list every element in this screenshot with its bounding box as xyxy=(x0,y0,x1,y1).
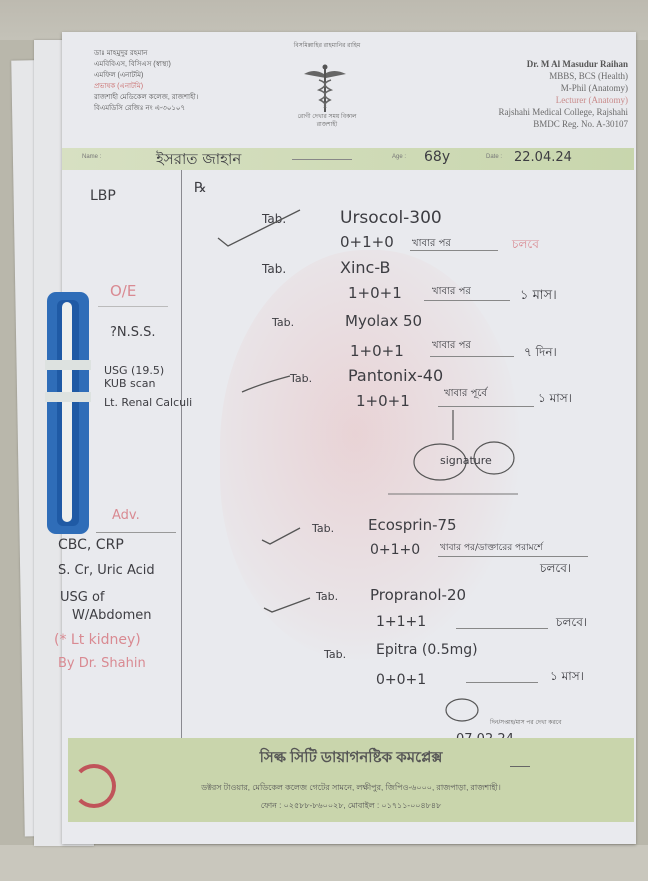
finding: KUB scan xyxy=(104,377,156,390)
med-form: Tab. xyxy=(272,316,294,329)
patient-name: ইসরাত জাহান xyxy=(156,148,241,173)
med-dose: 1+0+1 xyxy=(348,284,402,302)
med-dose: 0+0+1 xyxy=(376,672,426,688)
doctor-signature: signature xyxy=(440,454,492,467)
med-duration: ১ মাস। xyxy=(550,668,584,688)
header-center-info: রোগী দেখার সময় বিকাল রাজশাহী xyxy=(252,113,402,129)
underline xyxy=(456,628,548,629)
doctor-credential: Lecturer (Anatomy) xyxy=(392,94,628,106)
followup-label: দিন/সপ্তাহ/মাস পর দেখা করবে xyxy=(490,717,562,728)
finding: USG (19.5) xyxy=(104,364,164,377)
med-instruction: খাবার পর/ডাক্তারের পরামর্শে xyxy=(440,540,543,555)
advice-item: CBC, CRP xyxy=(58,537,124,553)
med-duration: ৭ দিন। xyxy=(524,344,557,364)
background-bottom xyxy=(0,845,648,881)
clinic-footer: সিল্ক সিটি ডায়াগনষ্টিক কমপ্লেক্স ডক্টরস… xyxy=(68,738,634,822)
clip-band xyxy=(45,360,91,370)
header-left-line: এমবিবিএস, বিসিএস (স্বাস্থ্য) xyxy=(94,59,244,70)
underline xyxy=(438,556,588,557)
underline xyxy=(424,300,510,301)
advice-heading: Adv. xyxy=(112,508,140,523)
doctor-reg-no: BMDC Reg. No. A-30107 xyxy=(392,118,628,130)
advice-item: (* Lt kidney) xyxy=(54,632,141,648)
column-divider xyxy=(181,170,182,760)
doctor-credential: Rajshahi Medical College, Rajshahi xyxy=(392,106,628,118)
header-left-line: প্রভাষক (এনাটমি) xyxy=(94,81,244,92)
clinic-logo-icon xyxy=(72,764,116,808)
underline xyxy=(430,356,514,357)
patient-age: 68y xyxy=(424,149,450,165)
clinic-phone: ফোন : ০২৫৮৮-৮৬০০২৮, মোবাইল : ০১৭১১-০০৪৮৪… xyxy=(68,800,634,813)
med-instruction: খাবার পূর্বে xyxy=(444,386,487,403)
med-form: Tab. xyxy=(312,522,334,535)
doctor-name: Dr. M Al Masudur Raihan xyxy=(392,58,628,70)
clip-rod xyxy=(62,302,72,522)
caduceus-icon xyxy=(302,62,348,114)
med-dose: 1+0+1 xyxy=(356,392,410,410)
med-duration: চলবে। xyxy=(556,614,587,634)
med-dose: 1+1+1 xyxy=(376,614,426,630)
med-dose: 0+1+0 xyxy=(340,233,394,251)
med-form: Tab. xyxy=(262,262,286,276)
rx-symbol: ℞ xyxy=(194,180,207,196)
chief-complaint: LBP xyxy=(90,188,116,204)
med-form: Tab. xyxy=(324,648,346,661)
dash xyxy=(510,766,530,767)
med-name: Propranol-20 xyxy=(370,586,466,604)
header-left-line: বিএমডিসি রেজিঃ নং এ-৩০১০৭ xyxy=(94,103,244,114)
clinic-name: সিল্ক সিটি ডায়াগনষ্টিক কমপ্লেক্স xyxy=(68,746,634,771)
doctor-credential: M-Phil (Anatomy) xyxy=(392,82,628,94)
clip-band xyxy=(45,392,91,402)
med-dose: 1+0+1 xyxy=(350,342,404,360)
med-name: Ecosprin-75 xyxy=(368,516,457,534)
doctor-info: Dr. M Al Masudur Raihan MBBS, BCS (Healt… xyxy=(392,58,628,130)
advice-item: W/Abdomen xyxy=(72,608,152,623)
med-duration: চলবে। xyxy=(540,560,571,580)
age-label: Age : xyxy=(392,154,406,160)
med-name: Xinc-B xyxy=(340,258,391,277)
header-center-line: রাজশাহী xyxy=(252,121,402,129)
med-name: Ursocol-300 xyxy=(340,208,442,228)
med-duration: ১ মাস। xyxy=(520,286,557,307)
prescription-date: 22.04.24 xyxy=(514,150,572,165)
med-instruction: খাবার পর xyxy=(432,284,471,301)
patient-info-band: Name : ইসরাত জাহান Age : 68y Date : 22.0… xyxy=(62,148,634,170)
underline xyxy=(438,406,534,407)
finding: ?N.S.S. xyxy=(110,325,156,340)
med-form: Tab. xyxy=(316,590,338,603)
med-name: Myolax 50 xyxy=(345,312,422,330)
oe-heading: O/E xyxy=(110,282,136,300)
med-dose: 0+1+0 xyxy=(370,542,420,558)
header-left-bangla: ডাঃ মাহমুদুর রহমান এমবিবিএস, বিসিএস (স্ব… xyxy=(94,48,244,114)
med-instruction: খাবার পর xyxy=(432,338,471,355)
header-left-line: এমফিল (এনাটমি) xyxy=(94,70,244,81)
underline xyxy=(466,682,538,683)
doctor-credential: MBBS, BCS (Health) xyxy=(392,70,628,82)
advice-item: S. Cr, Uric Acid xyxy=(58,563,155,578)
binder-clip xyxy=(47,292,89,534)
name-label: Name : xyxy=(82,154,101,160)
advice-item: By Dr. Shahin xyxy=(58,656,146,671)
header-left-line: ডাঃ মাহমুদুর রহমান xyxy=(94,48,244,59)
advice-item: USG of xyxy=(60,590,105,605)
finding: Lt. Renal Calculi xyxy=(104,396,192,409)
header-center-line: রোগী দেখার সময় বিকাল xyxy=(252,113,402,121)
header-left-line: রাজশাহী মেডিকেল কলেজ, রাজশাহী। xyxy=(94,92,244,103)
underline xyxy=(292,159,352,160)
underline xyxy=(96,532,176,533)
date-label: Date : xyxy=(486,154,502,160)
med-form: Tab. xyxy=(262,212,286,226)
med-duration: ১ মাস। xyxy=(538,390,572,410)
underline xyxy=(410,250,498,251)
med-form: Tab. xyxy=(290,372,312,385)
med-duration: চলবে xyxy=(512,236,539,256)
clinic-address: ডক্টরস টাওয়ার, মেডিকেল কলেজ গেটের সামনে… xyxy=(68,782,634,795)
underline xyxy=(98,306,168,307)
header-bismillah: বিসমিল্লাহির রাহমানির রাহিম xyxy=(252,40,402,51)
med-name: Pantonix-40 xyxy=(348,366,443,385)
med-name: Epitra (0.5mg) xyxy=(376,642,478,658)
